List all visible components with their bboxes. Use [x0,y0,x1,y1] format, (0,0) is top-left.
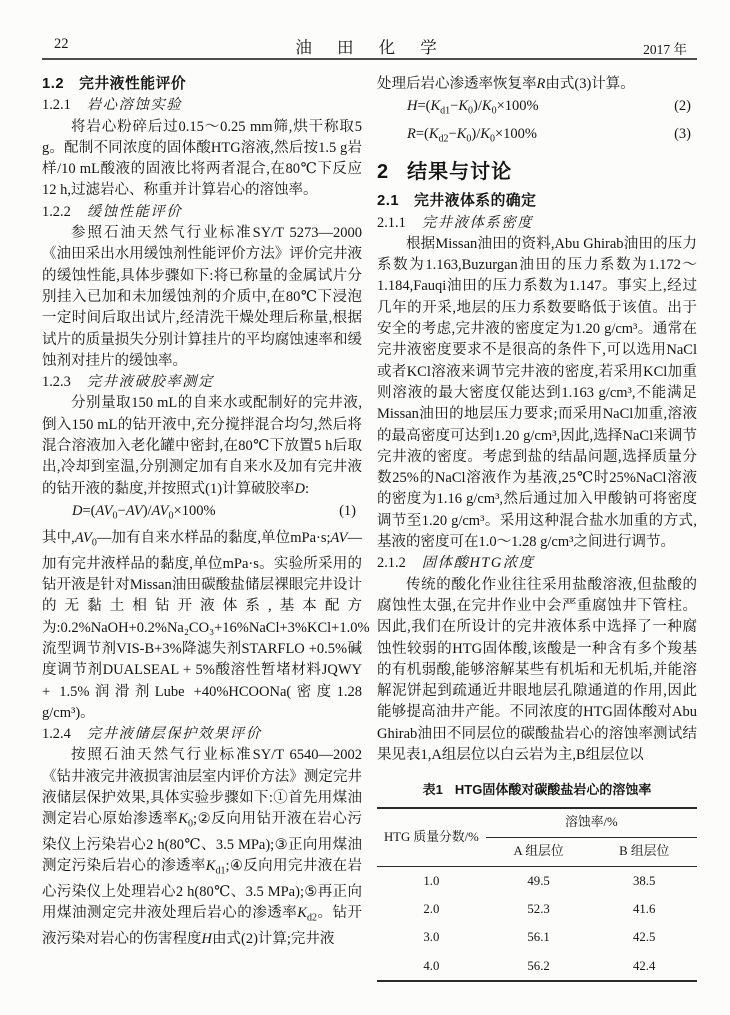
table-cell: 42.5 [591,924,697,952]
table-cell: 38.5 [591,867,697,896]
section-title: 缓蚀性能评价 [87,204,182,220]
section-title: 完井液体系密度 [422,215,533,231]
formula-2: H=(Kd1−K0)/K0×100% (2) [377,95,697,123]
table-cell: 42.4 [591,952,697,981]
paragraph-formula-notes: 其中,AV0—加有自来水样品的黏度,单位mPa·s;AV—加有完井液样品的黏度,… [42,528,362,724]
table-cell: 56.1 [486,924,592,952]
section-number: 2 [377,161,389,183]
section-title: 完井液体系的确定 [414,193,536,209]
paragraph-fluid-density: 根据Missan油田的资料,Abu Ghirab油田的压力系数为1.163,Bu… [377,234,697,553]
section-heading-1-2-4: 1.2.4完井液储层保护效果评价 [42,724,362,745]
paragraph-reservoir-protection: 按照石油天然气行业标准SY/T 6540—2002《钻井液完井液损害油层室内评价… [42,745,362,950]
table-cell: 3.0 [377,924,486,952]
section-title: 完井液性能评价 [79,76,186,92]
table-cell: 49.5 [486,867,592,896]
formula-expression: R=(Kd2−K0)/K0×100% [377,123,537,151]
table-row: 4.0 56.2 42.4 [377,952,697,981]
section-number: 1.2.2 [42,204,71,220]
table-column-header-htg: HTG 质量分数/% [377,808,486,867]
paragraph-corrosion-inhibition: 参照石油天然气行业标准SY/T 5273—2000《油田采出水用缓蚀剂性能评价方… [42,223,362,372]
section-number: 2.1 [377,193,399,209]
table-group-header-dissolution-rate: 溶蚀率/% [486,808,697,838]
section-number: 1.2 [42,76,64,92]
table-cell: 52.3 [486,896,592,924]
section-number: 1.2.4 [42,726,71,742]
table-row: 3.0 56.1 42.5 [377,924,697,952]
section-title: 固体酸HTG浓度 [422,555,535,571]
right-column: 处理后岩心渗透率恢复率R由式(3)计算。 H=(Kd1−K0)/K0×100% … [377,74,697,982]
header-rule [42,58,697,60]
table-cell: 4.0 [377,952,486,981]
table-row: 2.0 52.3 41.6 [377,896,697,924]
formula-expression: D=(AV0−AV)/AV0×100% [42,500,216,528]
formula-number: (2) [674,95,697,119]
section-number: 1.2.3 [42,374,71,390]
table-cell: 41.6 [591,896,697,924]
section-heading-2-1-1: 2.1.1完井液体系密度 [377,213,697,234]
table-row: 1.0 49.5 38.5 [377,867,697,896]
formula-1: D=(AV0−AV)/AV0×100% (1) [42,500,362,528]
page-header: 22 油 田 化 学 2017 年 [42,34,697,56]
section-heading-1-2-3: 1.2.3完井液破胶率测定 [42,372,362,393]
paragraph-gel-breaking: 分别量取150 mL的自来水或配制好的完井液,倒入150 mL的钻开液中,充分搅… [42,393,362,499]
formula-number: (3) [674,123,697,147]
section-title: 完井液储层保护效果评价 [87,726,262,742]
paper-page: 22 油 田 化 学 2017 年 1.2完井液性能评价 1.2.1岩心溶蚀实验… [0,0,730,1015]
formula-3: R=(Kd2−K0)/K0×100% (3) [377,123,697,151]
left-column: 1.2完井液性能评价 1.2.1岩心溶蚀实验 将岩心粉碎后过0.15～0.25 … [42,74,362,951]
journal-title: 油 田 化 学 [295,34,443,58]
section-heading-2-1: 2.1完井液体系的确定 [377,191,697,212]
paragraph-core-dissolution: 将岩心粉碎后过0.15～0.25 mm筛,烘干称取5 g。配制不同浓度的固体酸H… [42,117,362,202]
paragraph-permeability-recovery: 处理后岩心渗透率恢复率R由式(3)计算。 [377,74,697,95]
section-heading-1-2-1: 1.2.1岩心溶蚀实验 [42,95,362,116]
page-number: 22 [54,36,69,53]
table-label: 表1 [423,782,443,797]
table-1: HTG 质量分数/% 溶蚀率/% A 组层位 B 组层位 1.0 49.5 38… [377,807,697,983]
table-cell: 1.0 [377,867,486,896]
formula-expression: H=(Kd1−K0)/K0×100% [377,95,539,123]
section-heading-1-2-2: 1.2.2缓蚀性能评价 [42,202,362,223]
section-heading-1-2: 1.2完井液性能评价 [42,74,362,95]
section-title: 完井液破胶率测定 [87,374,214,390]
table-cell: 2.0 [377,896,486,924]
section-number: 2.1.2 [377,555,406,571]
table-subheader-group-a: A 组层位 [486,837,592,866]
section-heading-2: 2结果与讨论 [377,160,697,184]
publication-year: 2017 年 [643,38,687,58]
section-heading-2-1-2: 2.1.2固体酸HTG浓度 [377,553,697,574]
table-1-caption: 表1HTG固体酸对碳酸盐岩心的溶蚀率 [377,779,697,800]
section-number: 2.1.1 [377,215,406,231]
section-title: 岩心溶蚀实验 [87,97,182,113]
section-number: 1.2.1 [42,97,71,113]
formula-number: (1) [339,500,362,524]
paragraph-htg-concentration: 传统的酸化作业往往采用盐酸溶液,但盐酸的腐蚀性太强,在完井作业中会严重腐蚀井下管… [377,575,697,767]
table-cell: 56.2 [486,952,592,981]
table-subheader-group-b: B 组层位 [591,837,697,866]
section-title: 结果与讨论 [407,161,512,183]
table-title: HTG固体酸对碳酸盐岩心的溶蚀率 [455,782,651,797]
